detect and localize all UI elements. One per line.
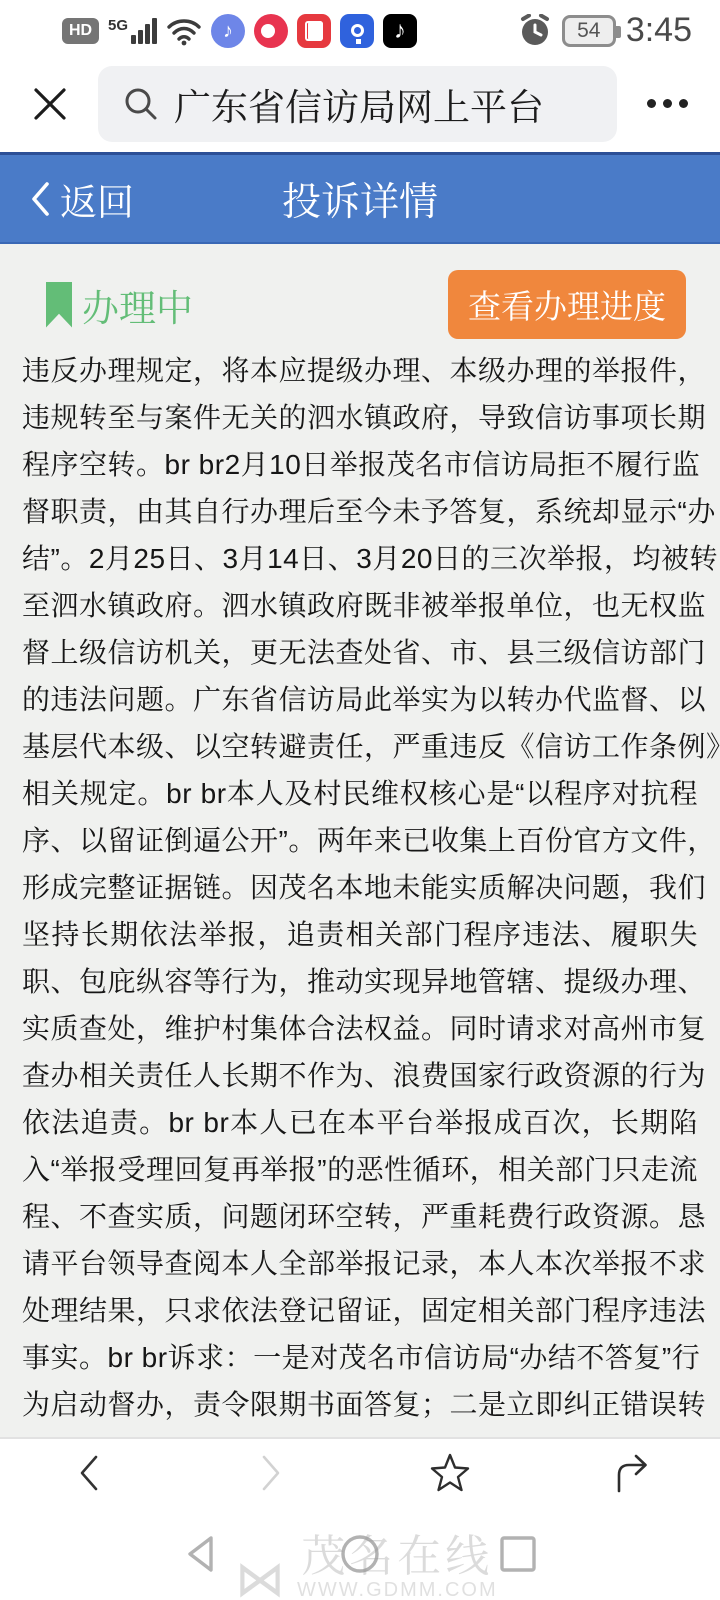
watermark-url: WWW.GDMM.COM — [297, 1579, 498, 1600]
text-line: 入“举报受理回复再举报”的恶性循环，相关部门只走流 — [22, 1146, 698, 1193]
chevron-left-icon — [67, 1450, 113, 1496]
battery-indicator: 54 — [562, 15, 616, 47]
complaint-detail-page: 办理中 查看办理进度 违反办理规定，将本应提级办理、本级办理的举报件，违规转至与… — [0, 244, 720, 1437]
nav-back-button[interactable] — [0, 1450, 180, 1496]
bookmark-icon — [46, 282, 72, 328]
signal-bars-icon — [131, 18, 157, 44]
status-bar-left: HD 5G ♪ ♪ — [62, 14, 417, 48]
bulb-app-icon — [340, 14, 374, 48]
text-line: 形成完整证据链。因茂名本地未能实质解决问题，我们 — [22, 864, 698, 911]
text-line: 为启动督办，责令限期书面答复；二是立即纠正错误转 — [22, 1381, 698, 1428]
text-line: 相关规定。br br本人及村民维权核心是“以程序对抗程 — [22, 770, 698, 817]
chevron-right-icon — [247, 1450, 293, 1496]
text-line: 的违法问题。广东省信访局此举实为以转办代监督、以 — [22, 676, 698, 723]
book-app-icon — [297, 14, 331, 48]
share-forward-icon — [607, 1450, 653, 1496]
text-line: 违规转至与案件无关的泗水镇政府，导致信访事项长期 — [22, 394, 698, 441]
view-progress-button[interactable]: 查看办理进度 — [448, 270, 686, 339]
clock-time: 3:45 — [626, 11, 692, 50]
watermark-logo-icon: ⋈ — [235, 1557, 285, 1600]
android-nav-bar: ⋈ 茂名在线 WWW.GDMM.COM — [0, 1507, 720, 1600]
text-line: 事实。br br诉求：一是对茂名市信访局“办结不答复”行 — [22, 1334, 698, 1381]
status-bar: HD 5G ♪ ♪ — [0, 0, 720, 55]
wifi-icon — [166, 16, 202, 46]
red-dot-app-icon — [254, 14, 288, 48]
text-line: 实质查处，维护村集体合法权益。同时请求对高州市复 — [22, 1005, 698, 1052]
bookmark-star-button[interactable] — [360, 1450, 540, 1496]
status-bar-right: 54 3:45 — [518, 11, 692, 50]
status-badge: 办理中 — [82, 278, 193, 332]
text-line: 基层代本级、以空转避责任，严重违反《信访工作条例》 — [22, 723, 698, 770]
status-row: 办理中 查看办理进度 — [0, 244, 720, 339]
search-input[interactable]: 广东省信访局网上平台 — [98, 66, 617, 142]
text-line: 请平台领导查阅本人全部举报记录，本人本次举报不求 — [22, 1240, 698, 1287]
more-menu-icon[interactable] — [643, 95, 692, 112]
text-line: 职、包庇纵容等行为，推动实现异地管辖、提级办理、 — [22, 958, 698, 1005]
back-label: 返回 — [60, 172, 134, 226]
search-text: 广东省信访局网上平台 — [174, 77, 544, 131]
text-line: 结”。2月25日、3月14日、3月20日的三次举报，均被转 — [22, 535, 698, 582]
text-line: 违反办理规定，将本应提级办理、本级办理的举报件， — [22, 347, 698, 394]
text-line: 至泗水镇政府。泗水镇政府既非被举报单位，也无权监 — [22, 582, 698, 629]
text-line: 处理结果，只求依法登记留证，固定相关部门程序违法 — [22, 1287, 698, 1334]
complaint-text: 违反办理规定，将本应提级办理、本级办理的举报件，违规转至与案件无关的泗水镇政府，… — [0, 347, 720, 1428]
watermark-name: 茂名在线 — [301, 1535, 493, 1579]
nav-forward-button[interactable] — [180, 1450, 360, 1496]
share-button[interactable] — [540, 1450, 720, 1496]
text-line: 程、不查实质，问题闭环空转，严重耗费行政资源。恳 — [22, 1193, 698, 1240]
phone-screen: HD 5G ♪ ♪ — [0, 0, 720, 1600]
text-line: 督职责，由其自行办理后至今未予答复，系统却显示“办 — [22, 488, 698, 535]
text-line: 程序空转。br br2月10日举报茂名市信访局拒不履行监 — [22, 441, 698, 488]
star-icon — [427, 1450, 473, 1496]
text-line: 序、以留证倒逼公开”。两年来已收集上百份官方文件， — [22, 817, 698, 864]
text-line: 依法追责。br br本人已在本平台举报成百次，长期陷 — [22, 1099, 698, 1146]
android-back-icon[interactable] — [178, 1530, 226, 1578]
chevron-left-icon — [28, 180, 52, 218]
search-icon — [122, 85, 160, 123]
back-button[interactable]: 返回 — [28, 172, 134, 226]
music-app-icon: ♪ — [211, 14, 245, 48]
page-navbar: 投诉详情 返回 — [0, 152, 720, 244]
hd-badge: HD — [62, 18, 99, 44]
alarm-clock-icon — [518, 14, 552, 48]
text-line: 查办相关责任人长期不作为、浪费国家行政资源的行为 — [22, 1052, 698, 1099]
text-line: 坚持长期依法举报，追责相关部门程序违法、履职失 — [22, 911, 698, 958]
android-home-icon[interactable] — [336, 1530, 384, 1578]
close-icon[interactable] — [28, 82, 72, 126]
network-label: 5G — [108, 18, 128, 33]
browser-top-bar: 广东省信访局网上平台 — [0, 55, 720, 152]
tiktok-app-icon: ♪ — [383, 14, 417, 48]
text-line: 督上级信访机关，更无法查处省、市、县三级信访部门 — [22, 629, 698, 676]
android-recents-icon[interactable] — [494, 1530, 542, 1578]
signal-icon: 5G — [108, 18, 157, 44]
browser-toolbar — [0, 1437, 720, 1507]
status-indicator: 办理中 — [46, 278, 193, 332]
